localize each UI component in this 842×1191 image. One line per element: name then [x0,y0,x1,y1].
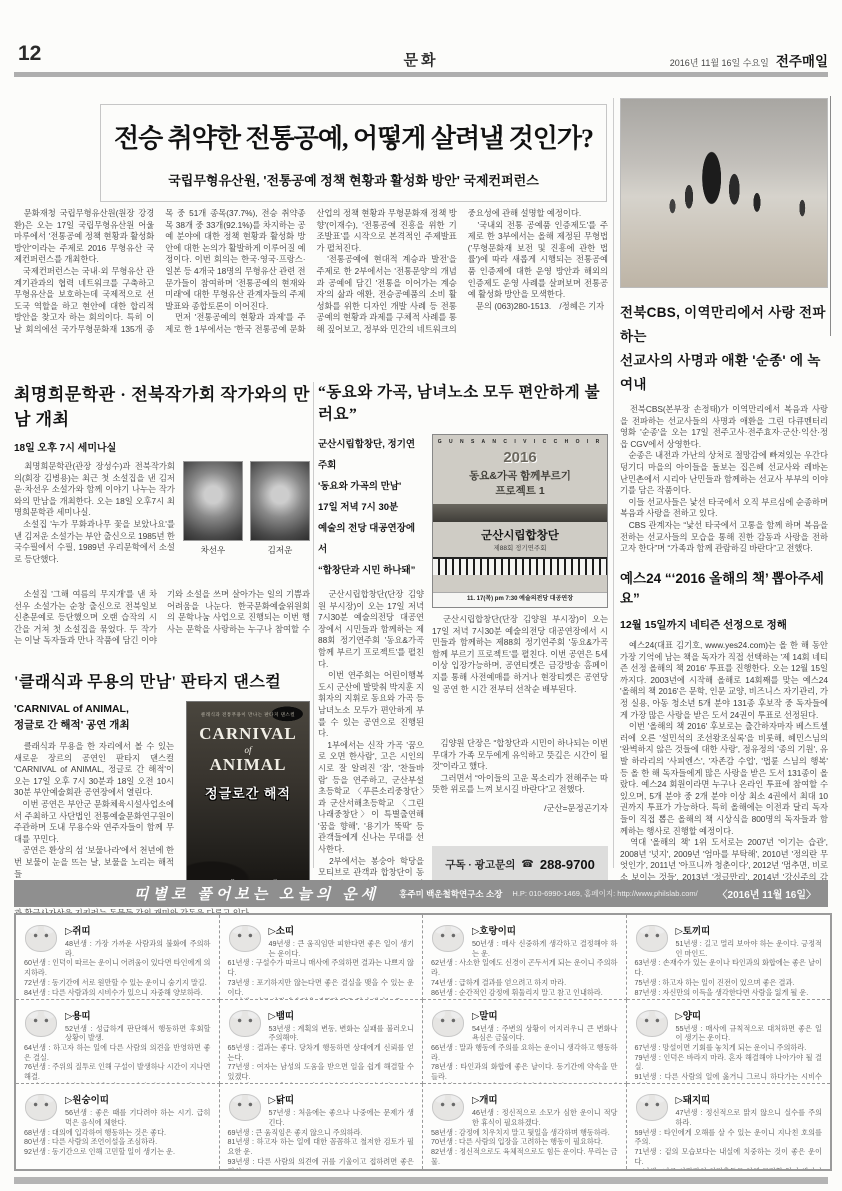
choir-text-column: 군산시립합창단, 정기연주회 '동요와 가곡의 만남' 17일 저녁 7시 30… [318,434,424,884]
poster-subtitle: 정글로간 해적 [187,783,309,802]
poster-choir-name: 군산시립합창단 [433,527,607,543]
choir-body-row: 군산시립합창단, 정기연주회 '동요와 가곡의 만남' 17일 저녁 7시 30… [318,434,608,884]
column-divider [313,382,314,868]
meeting-body-continued: 소설집 '그해 여름의 무지개'를 낸 차선우 소설가는 순창 출신으로 전북일… [14,589,310,655]
horoscope-title: 띠별로 풀어보는 오늘의 운세 [134,883,379,904]
tiger-icon [432,925,464,952]
rooster-icon [229,1094,261,1121]
carnival-poster: 클래식과 전통무용이 만나는 판타지 댄스컬 CARNIVAL of ANIMA… [186,701,310,901]
poster-edition: 제88회 정기연주회 [433,543,607,552]
horoscope-cell-snake: ▷뱀띠 53년생 : 계획의 변동, 변화는 실패를 불러오니 주의해야. 65… [220,1000,424,1085]
choir-poster-caption: 군산시립합창단(단장 김양원 부시장)이 오는 17일 저녁 7시30분 예술의… [432,614,608,732]
horoscope-cell-monkey: ▷원숭이띠 56년생 : 좋은 때를 기다려야 하는 시기. 급히 먹은 음식에… [16,1084,220,1169]
lead-article: 전승 취약한 전통공예, 어떻게 살려낼 것인가? 국립무형유산원, '전통공예… [14,104,608,372]
dance-text-column: 'CARNIVAL of ANIMAL, 정글로 간 해적' 공연 개최 클래식… [14,701,174,901]
yes24-subhead: 12월 15일까지 네티즌 선정으로 정해 [620,617,828,632]
masthead: 2016년 11월 16일 수요일 전주매일 [670,50,828,70]
right-column: 전북CBS, 이역만리에서 사랑 전파하는 선교사의 사명과 애환 '순종' 에… [620,98,828,868]
choir-subheads: 군산시립합창단, 정기연주회 '동요와 가곡의 만남' 17일 저녁 7시 30… [318,434,424,581]
dance-body: 클래식과 무용을 한 자리에서 볼 수 있는 새로운 장르의 공연인 판타지 댄… [14,741,174,891]
bottom-rule [14,1177,828,1184]
portrait-caption: 김저운 [250,544,310,556]
middle-column: “동요와 가곡, 남녀노소 모두 편안하게 불러요” 군산시립합창단, 정기연주… [318,380,608,868]
header-rule [14,72,828,77]
lead-body: 문화재청 국립무형유산원(원장 강경환)은 오는 17일 국립무형유산원 어울마… [14,208,608,374]
author-portrait-photo [183,461,243,541]
poster-brand: G U N S A N C I V I C C H O I R [433,439,607,445]
poster-tagline: 클래식과 전통무용이 만나는 판타지 댄스컬 [187,712,309,718]
poster-piano-lid [433,504,607,522]
choir-body: 군산시립합창단(단장 김양원 부시장)이 오는 17일 저녁 7시30분 예술의… [318,589,424,889]
horoscope-cell-tiger: ▷호랑이띠 50년생 : 매사 신중하게 생각하고 결정해야 하는 운. 62년… [423,915,627,1000]
cbs-headline: 전북CBS, 이역만리에서 사랑 전파하는 선교사의 사명과 애환 '순종' 에… [620,301,828,397]
page-edge-line [830,96,831,336]
cbs-headline-line1: 전북CBS, 이역만리에서 사랑 전파하는 [620,301,828,349]
monkey-icon [25,1094,57,1121]
sheep-icon [636,1010,668,1037]
lead-headline-box: 전승 취약한 전통공예, 어떻게 살려낼 것인가? 국립무형유산원, '전통공예… [100,104,607,202]
dance-headline: '클래식과 무용의 만남' 판타지 댄스컬 [14,669,310,692]
meeting-headline: 최명희문학관 · 전북작가회 작가와의 만남 개최 [14,380,310,430]
horoscope-cell-horse: ▷말띠 54년생 : 주변의 상황이 어지러우니 큰 변화나 욕심은 금물이다.… [423,1000,627,1085]
choir-body-continued: 김양원 단장은 “합창단과 시민이 하나되는 이번 무대가 가족 모두에게 유익… [432,738,608,802]
dance-poster-column: 클래식과 전통무용이 만나는 판타지 댄스컬 CARNIVAL of ANIMA… [186,701,310,901]
author-photo-block: 김저운 [250,461,310,583]
cbs-body: 전북CBS(본부장 손정태)가 이역만리에서 복음과 사랑을 전파하는 선교사들… [620,404,828,554]
poster-title-of: of [187,745,309,755]
choir-poster-column: G U N S A N C I V I C C H O I R 2016 동요&… [432,434,608,884]
cbs-headline-line2: 선교사의 사명과 애환 '순종' 에 녹여내 [620,349,828,397]
horoscope-cell-rat: ▷쥐띠 48년생 : 가장 가까운 사람과의 불화에 주의하라. 60년생 : … [16,915,220,1000]
author-photo-block: 차선우 [183,461,243,583]
column-divider [613,98,614,868]
left-column: 최명희문학관 · 전북작가회 작가와의 만남 개최 18일 오후 7시 세미나실… [14,380,310,868]
rabbit-icon [636,925,668,952]
telephone-icon: ☎ [521,859,533,870]
lead-subhead: 국립무형유산원, '전통공예 정책 현황과 활성화 방안' 국제컨퍼런스 [101,170,606,189]
horoscope-contact: H.P: 010-6990-1469, 홈페이지: http://www.phi… [512,888,697,899]
horoscope-cell-pig: ▷돼지띠 47년생 : 정신적으로 맑지 않으니 실수를 주의하라. 59년생 … [627,1084,831,1169]
lead-headline: 전승 취약한 전통공예, 어떻게 살려낼 것인가? [101,118,606,155]
horoscope-cell-dragon: ▷용띠 52년생 : 성급하게 판단해서 행동하면 후회할 상황이 발생. 64… [16,1000,220,1085]
issue-date: 2016년 11월 16일 수요일 [670,56,769,69]
poster-schedule: 11. 17(목) pm 7:30 예술의전당 대공연장 [433,592,607,607]
poster-title-carnival: CARNIVAL [187,724,309,744]
portrait-caption: 차선우 [183,544,243,556]
horoscope-source: 홍주미 백운철학연구소 소장 [399,888,502,900]
horoscope-cell-dog: ▷개띠 46년생 : 정신적으로 소모가 심한 운이니 적당한 휴식이 필요하겠… [423,1084,627,1169]
horoscope-header-bar: 띠별로 풀어보는 오늘의 운세 홍주미 백운철학연구소 소장 H.P: 010-… [14,880,828,907]
dragon-icon [25,1010,57,1037]
poster-line2: 프로젝트 1 [433,483,607,498]
ox-icon [229,925,261,952]
horoscope-grid: ▷쥐띠 48년생 : 가장 가까운 사람과의 불화에 주의하라. 60년생 : … [14,913,832,1171]
dance-body-row: 'CARNIVAL of ANIMAL, 정글로 간 해적' 공연 개최 클래식… [14,701,310,901]
dog-icon [432,1094,464,1121]
subscription-label: 구독 · 광고문의 [445,857,515,872]
horoscope-date: 〈2016년 11월 16일〉 [718,886,816,901]
yes24-headline: 예스24 “‘2016 올해의 책’ 뽑아주세요” [620,567,828,607]
poster-piano-keys [433,557,607,575]
pig-icon [636,1094,668,1121]
rat-icon [25,925,57,952]
newspaper-name: 전주매일 [776,50,828,70]
subscription-phone: 288-9700 [540,857,595,872]
horoscope-cell-rabbit: ▷토끼띠 51년생 : 길고 멀리 보아야 하는 운이다. 긍정적인 마인드. … [627,915,831,1000]
meeting-subhead: 18일 오후 7시 세미나실 [14,439,310,454]
meeting-body-row: 최명희문학관(관장 장성수)과 전북작가회의(회장 김병용)는 최근 첫 소설집… [14,461,310,583]
newspaper-page: 12 문화 2016년 11월 16일 수요일 전주매일 전승 취약한 전통공예… [0,0,842,1191]
poster-year: 2016 [433,449,607,466]
dance-subhead: 'CARNIVAL of ANIMAL, 정글로 간 해적' 공연 개최 [14,701,174,733]
snake-icon [229,1010,261,1037]
author-portrait-photo [250,461,310,541]
cbs-movie-photo [620,98,828,288]
poster-title-animal: ANIMAL [187,755,309,775]
horoscope-cell-sheep: ▷양띠 55년생 : 매사에 규칙적으로 대처하면 좋은 일이 생기는 운이다.… [627,1000,831,1085]
horoscope-cell-rooster: ▷닭띠 57년생 : 처음에는 좋으나 나중에는 문제가 생긴다. 69년생 :… [220,1084,424,1169]
horse-icon [432,1010,464,1037]
meeting-article: 최명희문학관 · 전북작가회 작가와의 만남 개최 18일 오후 7시 세미나실… [14,380,310,655]
choir-byline: /군산=문정곤기자 [432,802,608,814]
choir-poster: G U N S A N C I V I C C H O I R 2016 동요&… [432,434,608,608]
poster-line1: 동요&가곡 함께부르기 [433,468,607,483]
meeting-photos: 차선우 김저운 [175,461,310,583]
meeting-body: 최명희문학관(관장 장성수)과 전북작가회의(회장 김병용)는 최근 첫 소설집… [14,461,175,583]
choir-headline: “동요와 가곡, 남녀노소 모두 편안하게 불러요” [318,380,608,424]
subscription-ad-box: 구독 · 광고문의 ☎ 288-9700 [432,846,608,882]
horoscope-cell-ox: ▷소띠 49년생 : 큰 움직임만 피한다면 좋은 일이 생기는 운이다. 61… [220,915,424,1000]
